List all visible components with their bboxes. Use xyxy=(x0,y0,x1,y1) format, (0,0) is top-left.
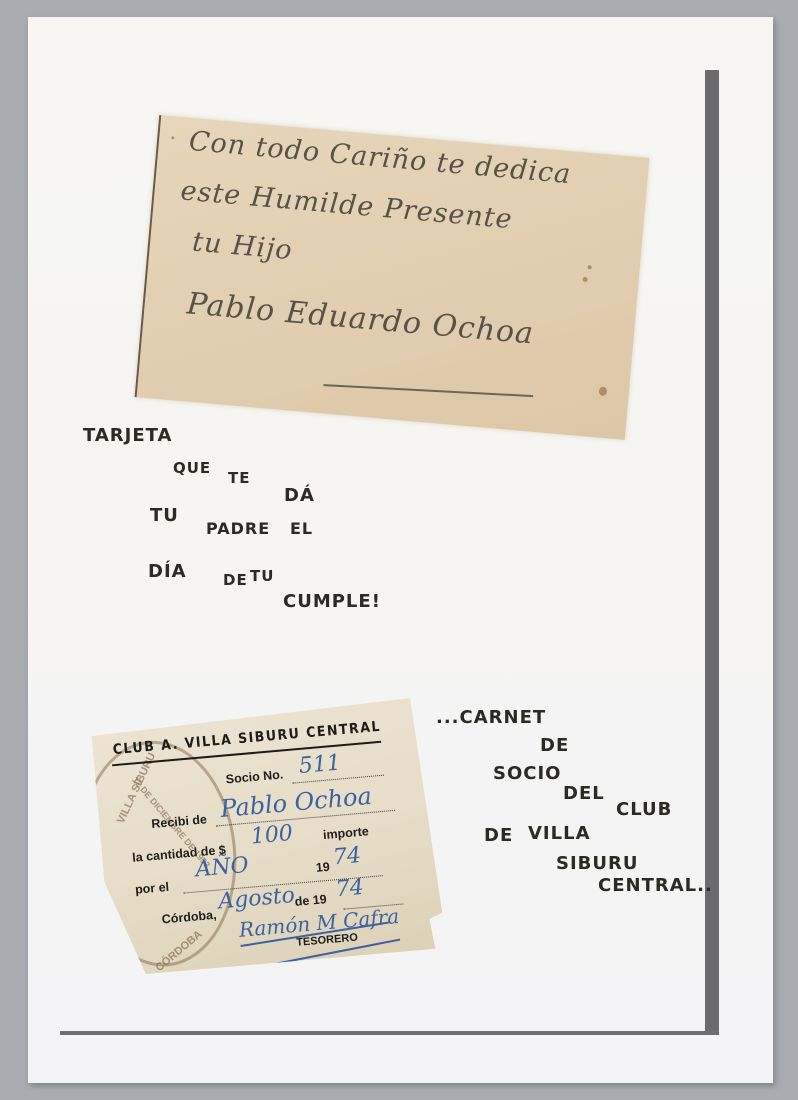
note-word: DEL xyxy=(563,783,605,804)
note-word: SOCIO xyxy=(493,763,561,784)
stain-mark xyxy=(171,136,174,139)
note-word: CENTRAL.. xyxy=(598,875,713,896)
por-value: AÑO xyxy=(195,853,250,883)
cantidad-value: 100 xyxy=(250,821,294,850)
note-word: ...CARNET xyxy=(436,707,546,728)
year-value: 74 xyxy=(332,843,362,870)
note-word: DE xyxy=(484,825,513,846)
importe-label: importe xyxy=(322,824,369,842)
note-word: DE xyxy=(540,735,569,756)
note-word: TU xyxy=(250,567,274,585)
handwritten-gift-card: Con todo Cariño te dedica este Humilde P… xyxy=(135,115,650,440)
note-word: DÍA xyxy=(148,561,187,582)
note-word: QUE xyxy=(173,459,211,477)
gift-card-line-3: tu Hijo xyxy=(191,227,294,267)
month-value: Agosto xyxy=(217,883,295,915)
socio-label: Socio No. xyxy=(225,767,284,786)
note-word: EL xyxy=(290,519,313,538)
note-word: TE xyxy=(228,469,250,487)
signature-flourish xyxy=(323,384,533,397)
note-word: SIBURU xyxy=(556,853,638,874)
note-word: DE xyxy=(223,571,248,589)
note-word: CLUB xyxy=(616,799,672,820)
stain-mark xyxy=(599,386,608,396)
club-membership-receipt: VILLA SIBURU 12 DE DICIEMBRE DE 1953 CÓR… xyxy=(91,697,446,977)
recibi-name: Pablo Ochoa xyxy=(219,782,373,823)
stain-mark xyxy=(587,265,591,269)
stain-mark xyxy=(582,277,587,282)
date-year-value: 74 xyxy=(335,875,365,902)
note-word: TU xyxy=(150,505,179,526)
note-word: TARJETA xyxy=(83,425,172,446)
scrapbook-page: Con todo Cariño te dedica este Humilde P… xyxy=(28,17,773,1083)
note-word: PADRE xyxy=(206,519,270,538)
year-print: 19 xyxy=(315,860,330,875)
de-label: de 19 xyxy=(294,892,327,909)
gift-card-signature: Pablo Eduardo Ochoa xyxy=(185,286,535,351)
gift-card-line-2: este Humilde Presente xyxy=(179,175,513,235)
note-word: CUMPLE! xyxy=(283,591,381,612)
note-word: DÁ xyxy=(284,485,315,506)
por-label: por el xyxy=(134,880,169,897)
socio-number: 511 xyxy=(298,750,342,779)
note-word: VILLA xyxy=(528,823,591,844)
frame-horizontal-bar xyxy=(60,1031,719,1035)
